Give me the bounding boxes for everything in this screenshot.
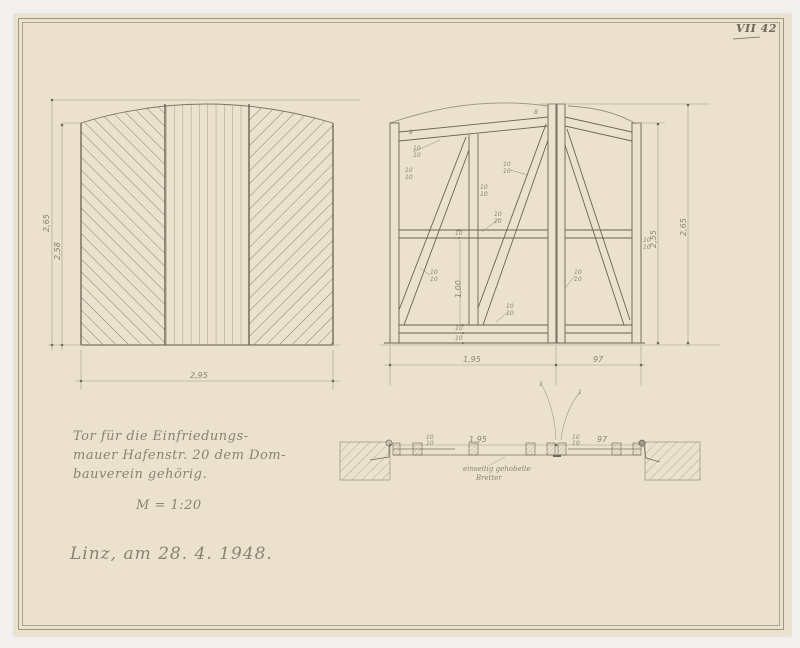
dim-rear-height-inner: 2,55	[649, 230, 658, 248]
center-post-left	[548, 104, 556, 343]
dim-front-height-inner: 2,58	[53, 242, 62, 260]
svg-text:10: 10	[572, 440, 580, 447]
legend-title-line-2: mauer Hafenstr. 20 dem Dom-	[73, 447, 286, 465]
sheet-number: VII 42	[736, 22, 777, 35]
svg-text:10: 10	[426, 440, 434, 447]
plan-note-line2: Bretter	[475, 474, 502, 482]
svg-text:10: 10	[455, 230, 463, 237]
dim-plan-right: 97	[597, 435, 608, 444]
right-panel-diagonal-boards	[249, 100, 333, 345]
dim-rear-left-leaf: 1,95	[463, 355, 481, 364]
svg-text:10: 10	[494, 211, 502, 218]
svg-text:8: 8	[534, 109, 538, 116]
svg-text:10: 10	[430, 269, 438, 276]
rear-member-labels: 10 10 10 10 10 10 10 10 10 10 10 10 10 1…	[405, 109, 651, 342]
right-hinge-post	[632, 123, 641, 343]
svg-text:10: 10	[503, 168, 511, 175]
svg-text:10: 10	[405, 174, 413, 181]
svg-text:10: 10	[405, 167, 413, 174]
svg-text:1: 1	[578, 389, 582, 396]
legend-title-line-3: bauverein gehörig.	[73, 466, 207, 484]
svg-text:10: 10	[574, 276, 582, 283]
svg-text:10: 10	[455, 335, 463, 342]
center-post-right	[557, 104, 565, 343]
place-date: Linz, am 28. 4. 1948.	[70, 544, 273, 564]
dim-rear-height-outer: 2,65	[679, 218, 688, 236]
svg-text:10: 10	[503, 161, 511, 168]
svg-text:10: 10	[413, 152, 421, 159]
dim-plan-left: 1,95	[469, 435, 487, 444]
svg-text:10: 10	[480, 191, 488, 198]
dim-rear-right-leaf: 97	[593, 355, 604, 364]
scale-label: M = 1:20	[136, 498, 202, 513]
left-panel-diagonal-boards	[81, 100, 165, 345]
left-hinge-post	[390, 123, 399, 343]
dim-front-height-outer: 2,65	[42, 214, 51, 232]
rear-elevation	[384, 103, 645, 343]
svg-text:10: 10	[506, 310, 514, 317]
svg-text:10: 10	[574, 269, 582, 276]
dim-front-width: 2,95	[190, 371, 208, 380]
svg-text:10: 10	[413, 145, 421, 152]
svg-text:1: 1	[539, 381, 543, 388]
right-wall-section	[645, 442, 700, 480]
plan-section: 1 1 1,95 97 1	[340, 381, 700, 482]
plan-note-line1: einseitig gehobelte	[463, 465, 531, 473]
center-panel-vertical-boards	[165, 100, 249, 345]
dim-post-height: 1,00	[454, 280, 463, 298]
svg-text:8: 8	[409, 129, 413, 136]
legend-title-line-1: Tor für die Einfriedungs-	[73, 428, 249, 446]
svg-text:10: 10	[506, 303, 514, 310]
svg-text:10: 10	[455, 325, 463, 332]
front-elevation: 2,65 2,58 2,95	[42, 99, 360, 390]
svg-text:10: 10	[430, 276, 438, 283]
left-wall-section	[340, 442, 390, 480]
svg-text:10: 10	[480, 184, 488, 191]
